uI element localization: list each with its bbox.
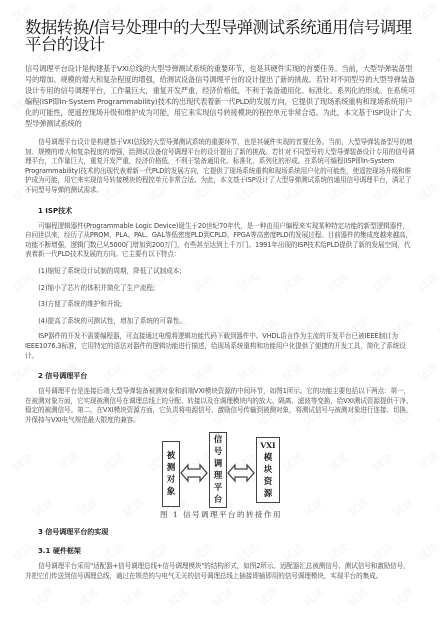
watermark-text: 试读 — [119, 584, 146, 610]
box-char: 信 — [214, 434, 223, 446]
section-3-heading: 3 信号调理平台的实现 — [38, 527, 415, 537]
section-3-paragraph-1: 信号调理平台采用"适配器+信号调理总线+信号调理模块"的结构形式，如图2所示。适… — [25, 562, 415, 581]
box-char: 被 — [167, 450, 176, 462]
watermark-text: 试读 — [254, 584, 281, 610]
document-page: 数据转换/信号处理中的大型导弹测试系统通用信号调理平台的设计 信号调理平台设计是… — [0, 0, 440, 582]
box-char: 资 — [264, 476, 273, 488]
box-char: 对 — [167, 474, 176, 486]
double-arrow-icon — [227, 463, 255, 483]
section-1-paragraph-1: 可编程逻辑器件(Programmable Logic Device)诞生于20世… — [25, 222, 415, 260]
intro-paragraph: 信号调理平台设计是构建基于VXI总线的大型导弹测试系统的重要环节，也是其硬件实现… — [25, 138, 415, 196]
feature-list-item-4: (4)提高了系统的可测试性，增加了系统的可靠性。 — [25, 317, 415, 327]
box-char: 号 — [214, 446, 223, 458]
watermark-text: 试读 — [434, 584, 440, 610]
box-signal-conditioning-platform: 信 号 调 理 平 台 — [209, 432, 227, 508]
box-char: 源 — [264, 488, 273, 500]
watermark-text: 试读 — [389, 584, 416, 610]
figure-1-diagram: 被 测 对 象 信 号 调 理 平 台 VXI 模 块 资 源 图 1 信号调理… — [0, 433, 440, 521]
watermark-text: 试读 — [209, 584, 236, 610]
section-1-heading: 1 ISP技术 — [38, 206, 415, 216]
watermark-text: 试读 — [299, 584, 326, 610]
section-1-paragraph-2: ISP器件的开发不需要编程器，可直接通过电缆将逻辑功能代码下载到器件中。VHDL… — [25, 332, 415, 361]
abstract: 信号调理平台设计是构建基于VXI总线的大型导弹测试系统的重要环节，也是其硬件实现… — [25, 63, 415, 129]
section-2-paragraph-1: 信号调理平台是连接后端大型导弹装备被测对象和前端VXI模块资源的中间环节，如图1… — [25, 387, 415, 425]
watermark-text: 试读 — [344, 584, 371, 610]
feature-list-item-2: (2)缩小了芯片的体积并简化了生产流程; — [25, 284, 415, 294]
box-vxi-module-resources: VXI 模 块 资 源 — [256, 437, 280, 503]
box-char: 理 — [214, 470, 223, 482]
box-char: VXI — [260, 440, 275, 452]
feature-list-item-3: (3)方便了系统的维护和升级; — [25, 300, 415, 310]
box-char: 象 — [167, 486, 176, 498]
box-char: 调 — [214, 458, 223, 470]
watermark-text: 试读 — [29, 584, 56, 610]
figure-1-caption: 图 1 信号调理平台的转接作用 — [160, 509, 282, 520]
section-2-heading: 2 信号调理平台 — [38, 371, 415, 381]
page-title: 数据转换/信号处理中的大型导弹测试系统通用信号调理平台的设计 — [25, 0, 415, 53]
section-3-1-heading: 3.1 硬件框架 — [38, 546, 415, 556]
box-test-object: 被 测 对 象 — [162, 441, 180, 507]
box-char: 台 — [214, 494, 223, 506]
box-char: 块 — [264, 464, 273, 476]
double-arrow-icon — [180, 463, 208, 483]
box-char: 模 — [264, 452, 273, 464]
watermark-text: 试读 — [164, 584, 191, 610]
watermark-text: 试读 — [74, 584, 101, 610]
feature-list-item-1: (1)缩短了系统设计试制的周期，降低了试制成本; — [25, 267, 415, 277]
box-char: 测 — [167, 462, 176, 474]
box-char: 平 — [214, 482, 223, 494]
